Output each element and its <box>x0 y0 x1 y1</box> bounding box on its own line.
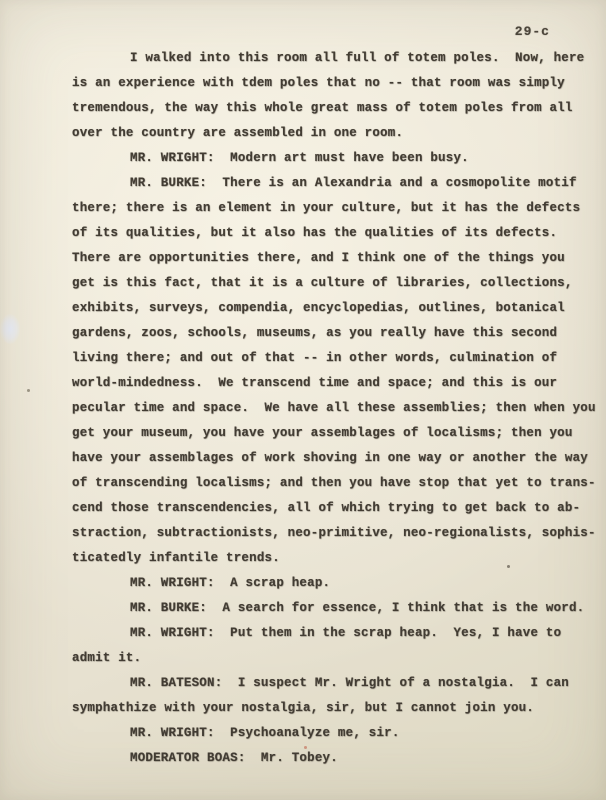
scanned-document-page: 29-c I walked into this room all full of… <box>0 0 606 800</box>
transcript-line: MR. WRIGHT: Modern art must have been bu… <box>72 146 588 171</box>
transcript-line: straction, subtractionists, neo-primitiv… <box>72 521 588 546</box>
transcript-line: admit it. <box>72 646 588 671</box>
transcript-line: MR. BATESON: I suspect Mr. Wright of a n… <box>72 671 588 696</box>
transcript-line: cend those transcendencies, all of which… <box>72 496 588 521</box>
paper-speck <box>27 389 30 392</box>
transcript-body: I walked into this room all full of tote… <box>72 46 588 771</box>
transcript-line: MR. BURKE: A search for essence, I think… <box>72 596 588 621</box>
transcript-line: get is this fact, that it is a culture o… <box>72 271 588 296</box>
transcript-line: living there; and out of that -- in othe… <box>72 346 588 371</box>
transcript-line: of transcending localisms; and then you … <box>72 471 588 496</box>
transcript-line: symphathize with your nostalgia, sir, bu… <box>72 696 588 721</box>
transcript-line: over the country are assembled in one ro… <box>72 121 588 146</box>
transcript-line: pecular time and space. We have all thes… <box>72 396 588 421</box>
paper-spot-artifact <box>0 314 20 344</box>
transcript-line: world-mindedness. We transcend time and … <box>72 371 588 396</box>
transcript-line: of its qualities, but it also has the qu… <box>72 221 588 246</box>
transcript-line: MR. WRIGHT: Put them in the scrap heap. … <box>72 621 588 646</box>
transcript-line: there; there is an element in your cultu… <box>72 196 588 221</box>
transcript-line: There are opportunities there, and I thi… <box>72 246 588 271</box>
transcript-line: have your assemblages of work shoving in… <box>72 446 588 471</box>
transcript-line: I walked into this room all full of tote… <box>72 46 588 71</box>
transcript-line: ticatedly infantile trends. <box>72 546 588 571</box>
paper-speck-red <box>304 746 307 749</box>
transcript-line: MR. WRIGHT: A scrap heap. <box>72 571 588 596</box>
transcript-line: get your museum, you have your assemblag… <box>72 421 588 446</box>
paper-speck <box>507 565 510 568</box>
transcript-line: exhibits, surveys, compendia, encycloped… <box>72 296 588 321</box>
transcript-line: tremendous, the way this whole great mas… <box>72 96 588 121</box>
transcript-line: MODERATOR BOAS: Mr. Tobey. <box>72 746 588 771</box>
transcript-line: MR. WRIGHT: Psychoanalyze me, sir. <box>72 721 588 746</box>
transcript-line: is an experience with tdem poles that no… <box>72 71 588 96</box>
transcript-line: gardens, zoos, schools, museums, as you … <box>72 321 588 346</box>
transcript-line: MR. BURKE: There is an Alexandria and a … <box>72 171 588 196</box>
page-number: 29-c <box>515 24 550 39</box>
